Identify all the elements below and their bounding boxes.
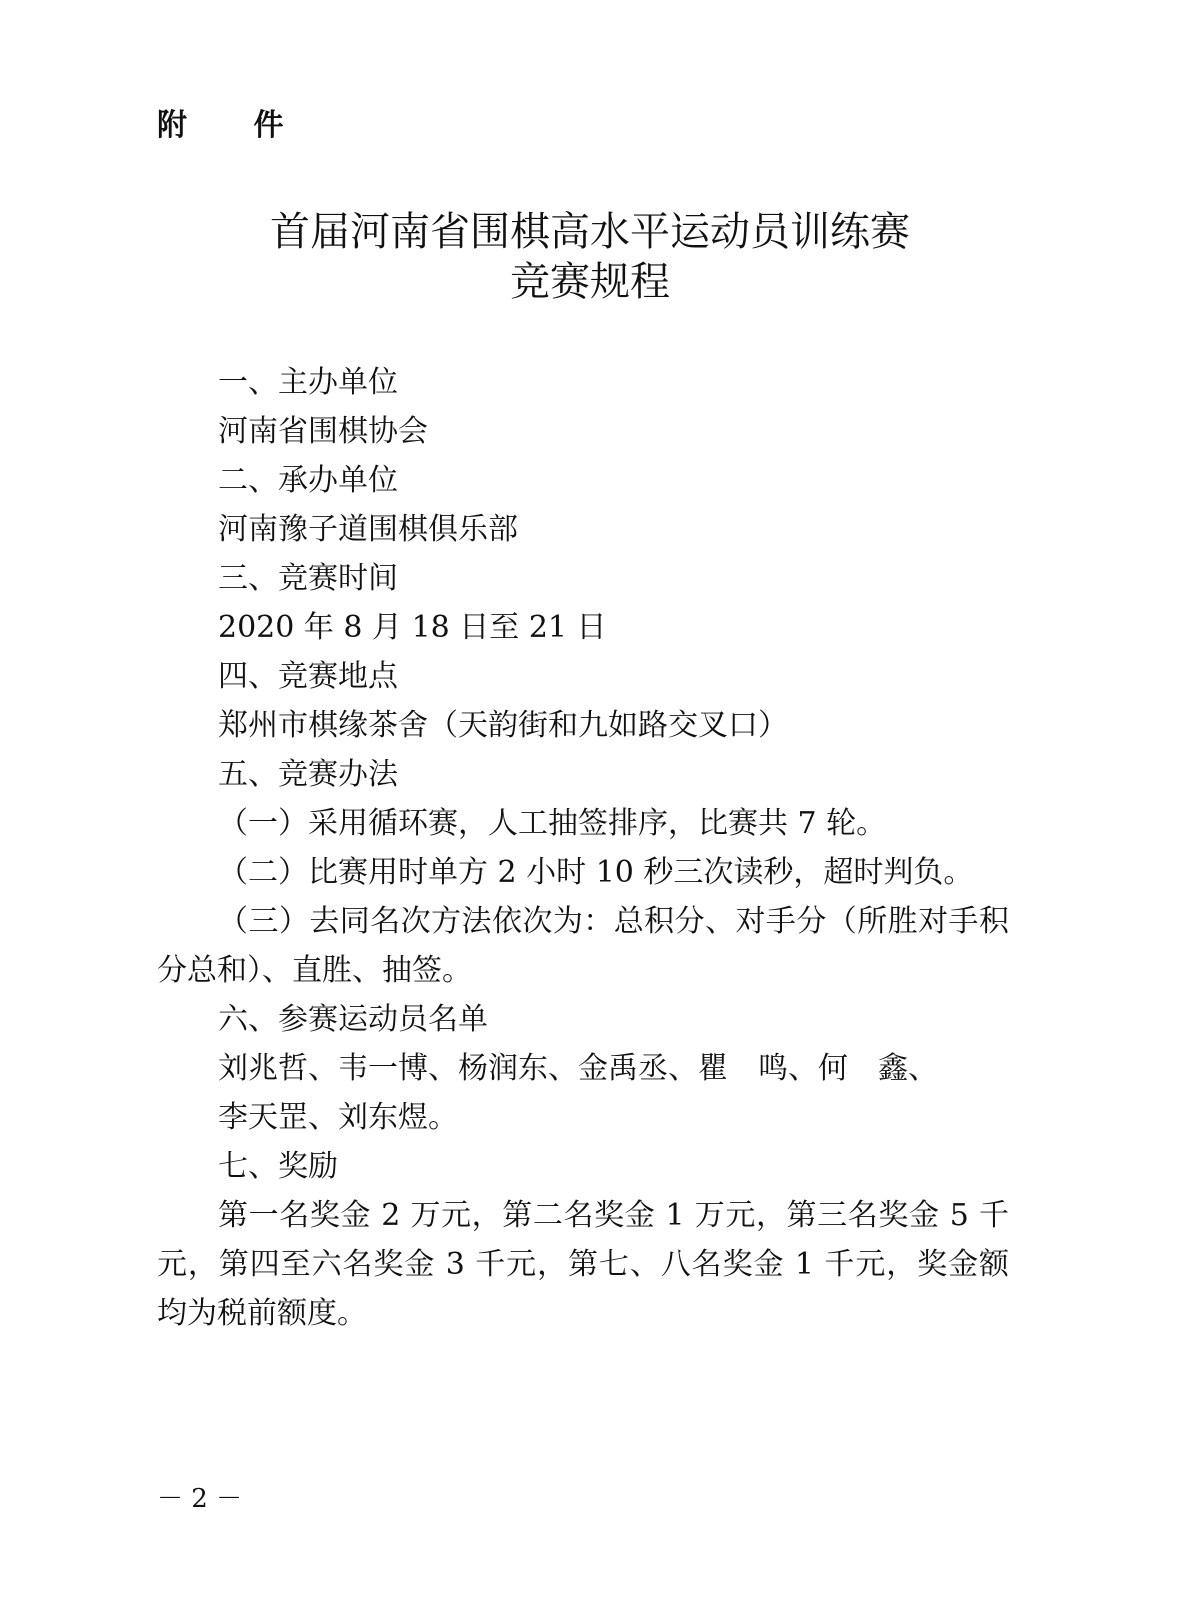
document-title: 首届河南省围棋高水平运动员训练赛 (0, 206, 1180, 258)
section-content-organizer: 河南省围棋协会 (157, 407, 1009, 456)
section-heading-coorganizer: 二、承办单位 (157, 456, 1009, 505)
players-list-line2: 李天罡、刘东煜。 (157, 1093, 1009, 1142)
method-item-3: （三）去同名次方法依次为：总积分、对手分（所胜对手积分总和）、直胜、抽签。 (157, 897, 1009, 995)
document-page: 附 件 首届河南省围棋高水平运动员训练赛 竞赛规程 一、主办单位 河南省围棋协会… (0, 0, 1180, 1603)
section-content-time: 2020 年 8 月 18 日至 21 日 (157, 603, 1009, 652)
method-item-1: （一）采用循环赛，人工抽签排序，比赛共 7 轮。 (157, 799, 1009, 848)
section-content-venue: 郑州市棋缘茶舍（天韵街和九如路交叉口） (157, 701, 1009, 750)
document-subtitle: 竞赛规程 (0, 256, 1180, 308)
method-item-2: （二）比赛用时单方 2 小时 10 秒三次读秒，超时判负。 (157, 848, 1009, 897)
section-content-awards: 第一名奖金 2 万元，第二名奖金 1 万元，第三名奖金 5 千元，第四至六名奖金… (157, 1191, 1009, 1338)
page-number: － 2 － (157, 1482, 242, 1516)
section-heading-organizer: 一、主办单位 (157, 358, 1009, 407)
section-heading-venue: 四、竞赛地点 (157, 652, 1009, 701)
attachment-label: 附 件 (157, 106, 311, 146)
section-heading-awards: 七、奖励 (157, 1142, 1009, 1191)
section-heading-method: 五、竞赛办法 (157, 750, 1009, 799)
players-list-line1: 刘兆哲、韦一博、杨润东、金禹丞、瞿 鸣、何 鑫、 (157, 1044, 1009, 1093)
section-content-coorganizer: 河南豫子道围棋俱乐部 (157, 505, 1009, 554)
section-heading-time: 三、竞赛时间 (157, 554, 1009, 603)
document-body: 一、主办单位 河南省围棋协会 二、承办单位 河南豫子道围棋俱乐部 三、竞赛时间 … (157, 358, 1009, 1338)
section-heading-players: 六、参赛运动员名单 (157, 995, 1009, 1044)
